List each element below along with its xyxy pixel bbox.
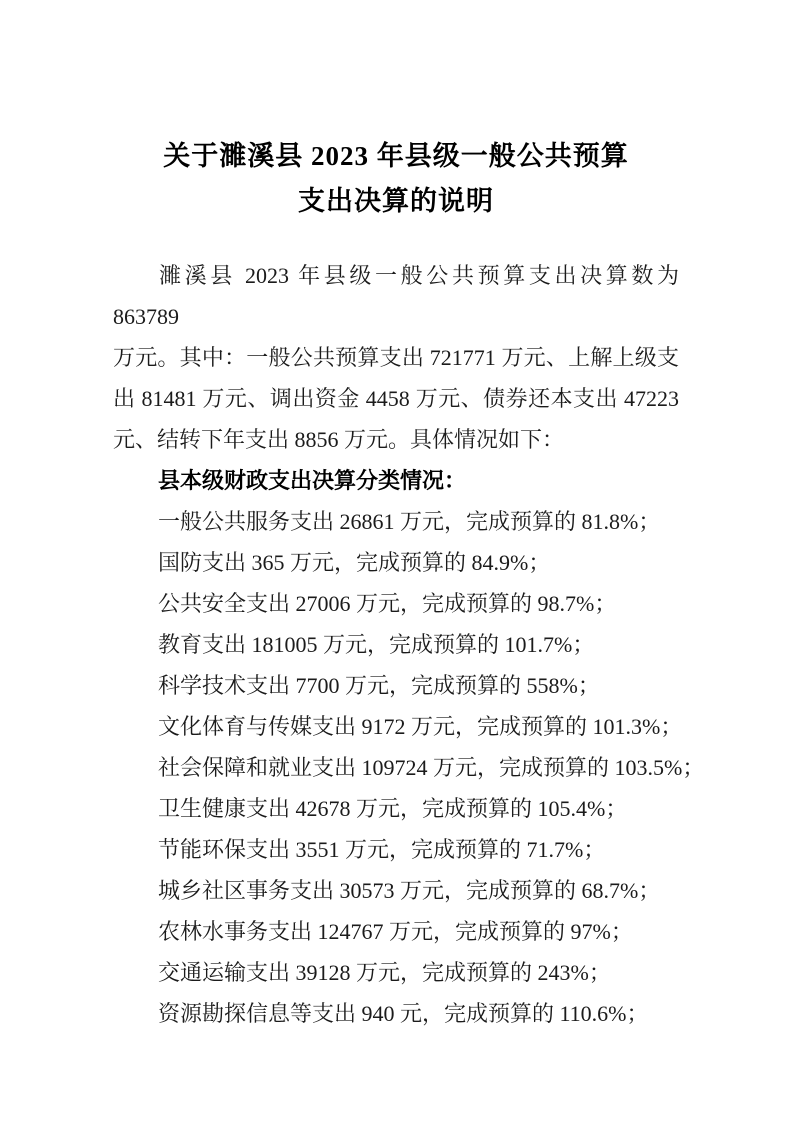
paragraph-line: 万元。其中：一般公共预算支出 721771 万元、上解上级支 (113, 337, 679, 378)
document-body: 濉溪县 2023 年县级一般公共预算支出决算数为 863789万元。其中：一般公… (113, 255, 679, 1034)
expenditure-item: 文化体育与传媒支出 9172 万元，完成预算的 101.3%； (113, 706, 679, 747)
expenditure-item: 节能环保支出 3551 万元，完成预算的 71.7%； (113, 829, 679, 870)
intro-paragraph: 濉溪县 2023 年县级一般公共预算支出决算数为 863789万元。其中：一般公… (113, 255, 679, 460)
document-content: 关于濉溪县 2023 年县级一般公共预算 支出决算的说明 濉溪县 2023 年县… (113, 0, 679, 1034)
expenditure-item: 资源勘探信息等支出 940 元，完成预算的 110.6%； (113, 993, 679, 1034)
expenditure-item: 公共安全支出 27006 万元，完成预算的 98.7%； (113, 583, 679, 624)
document-title: 关于濉溪县 2023 年县级一般公共预算 支出决算的说明 (113, 134, 679, 224)
expenditure-item: 农林水事务支出 124767 万元，完成预算的 97%； (113, 911, 679, 952)
expenditure-item: 交通运输支出 39128 万元，完成预算的 243%； (113, 952, 679, 993)
expenditure-list: 一般公共服务支出 26861 万元，完成预算的 81.8%；国防支出 365 万… (113, 501, 679, 1034)
expenditure-item: 城乡社区事务支出 30573 万元，完成预算的 68.7%； (113, 870, 679, 911)
paragraph-line: 出 81481 万元、调出资金 4458 万元、债券还本支出 47223 (113, 378, 679, 419)
title-line-1: 关于濉溪县 2023 年县级一般公共预算 (113, 134, 679, 179)
expenditure-item: 国防支出 365 万元，完成预算的 84.9%； (113, 542, 679, 583)
expenditure-item: 一般公共服务支出 26861 万元，完成预算的 81.8%； (113, 501, 679, 542)
paragraph-line: 元、结转下年支出 8856 万元。具体情况如下： (113, 419, 679, 460)
expenditure-item: 卫生健康支出 42678 万元，完成预算的 105.4%； (113, 788, 679, 829)
paragraph-line: 濉溪县 2023 年县级一般公共预算支出决算数为 863789 (113, 255, 679, 337)
expenditure-item: 社会保障和就业支出 109724 万元，完成预算的 103.5%； (113, 747, 679, 788)
section-heading: 县本级财政支出决算分类情况： (113, 460, 679, 501)
document-page: 关于濉溪县 2023 年县级一般公共预算 支出决算的说明 濉溪县 2023 年县… (0, 0, 793, 1122)
title-line-2: 支出决算的说明 (113, 179, 679, 224)
expenditure-item: 科学技术支出 7700 万元，完成预算的 558%； (113, 665, 679, 706)
expenditure-item: 教育支出 181005 万元，完成预算的 101.7%； (113, 624, 679, 665)
